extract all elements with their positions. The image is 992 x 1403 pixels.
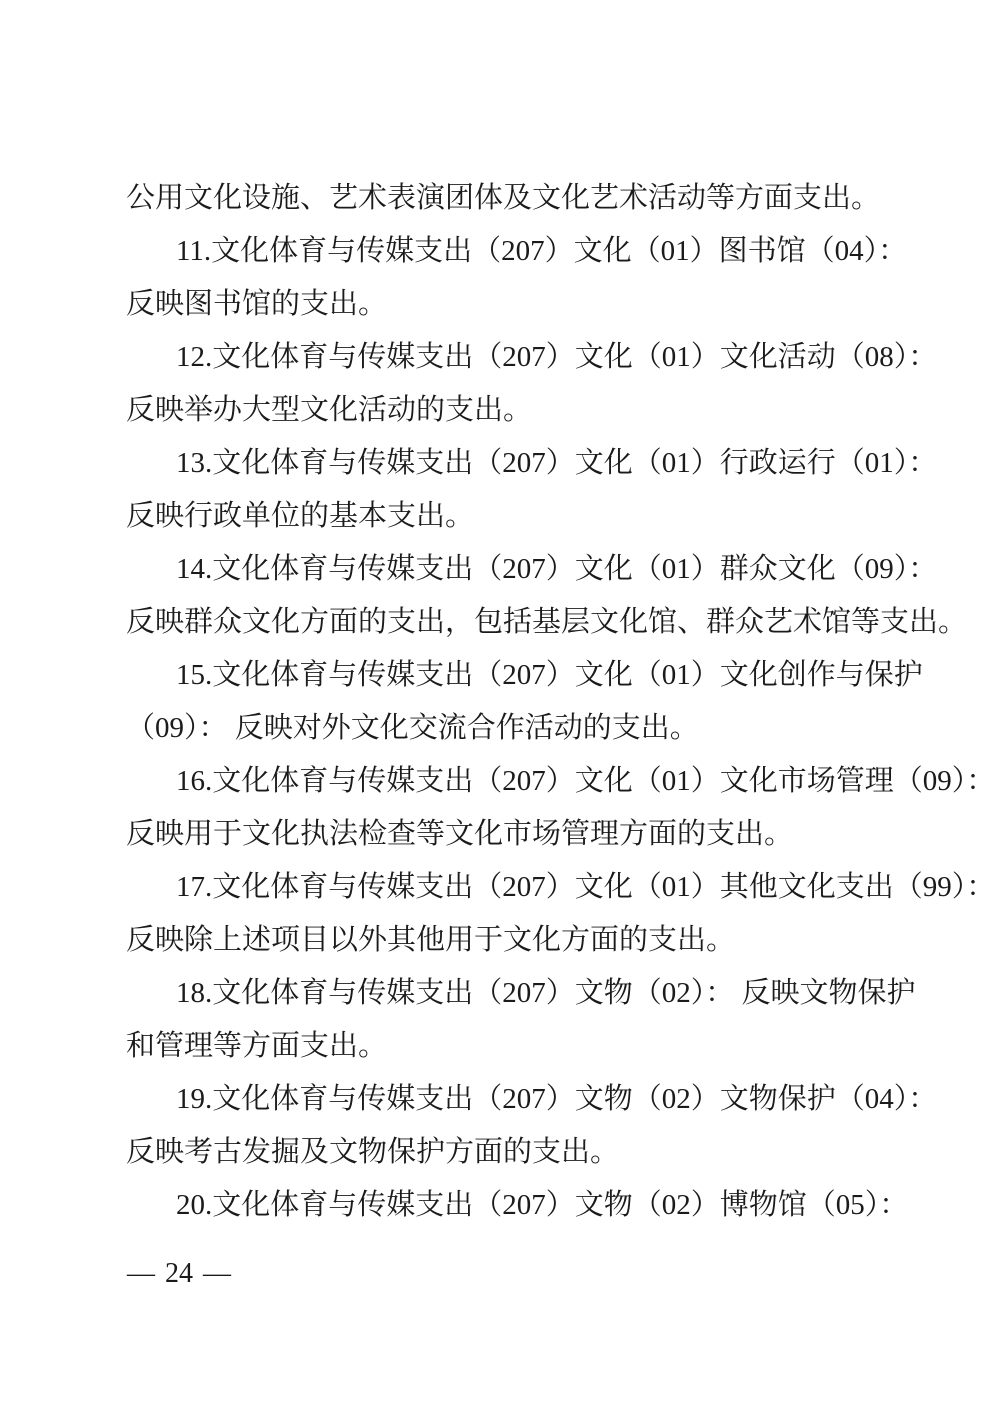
document-page: 公用文化设施、艺术表演团体及文化艺术活动等方面支出。11.文化体育与传媒支出（2…: [0, 0, 992, 1403]
text-line: 反映考古发掘及文物保护方面的支出。: [126, 1126, 898, 1179]
text-line: （09）： 反映对外文化交流合作活动的支出。: [126, 702, 898, 755]
text-line: 18.文化体育与传媒支出（207）文物（02）： 反映文物保护: [126, 967, 898, 1020]
text-line: 15.文化体育与传媒支出（207）文化（01）文化创作与保护: [126, 649, 898, 702]
text-line: 14.文化体育与传媒支出（207）文化（01）群众文化（09）：: [126, 543, 898, 596]
text-line: 反映举办大型文化活动的支出。: [126, 384, 898, 437]
text-line: 19.文化体育与传媒支出（207）文物（02）文物保护（04）：: [126, 1073, 898, 1126]
text-line: 公用文化设施、艺术表演团体及文化艺术活动等方面支出。: [126, 172, 898, 225]
page-footer: —24—: [127, 1254, 231, 1294]
text-line: 17.文化体育与传媒支出（207）文化（01）其他文化支出（99）：: [126, 861, 898, 914]
footer-dash-right: —: [203, 1258, 231, 1289]
text-line: 反映群众文化方面的支出，包括基层文化馆、群众艺术馆等支出。: [126, 596, 898, 649]
text-line: 11.文化体育与传媒支出（207）文化（01）图书馆（04）：: [126, 225, 898, 278]
document-lines: 公用文化设施、艺术表演团体及文化艺术活动等方面支出。11.文化体育与传媒支出（2…: [126, 172, 898, 1232]
text-line: 反映行政单位的基本支出。: [126, 490, 898, 543]
text-line: 12.文化体育与传媒支出（207）文化（01）文化活动（08）：: [126, 331, 898, 384]
footer-dash-left: —: [127, 1258, 155, 1289]
text-line: 13.文化体育与传媒支出（207）文化（01）行政运行（01）：: [126, 437, 898, 490]
page-number: 24: [165, 1258, 193, 1289]
text-line: 反映图书馆的支出。: [126, 278, 898, 331]
text-line: 16.文化体育与传媒支出（207）文化（01）文化市场管理（09）：: [126, 755, 898, 808]
text-line: 和管理等方面支出。: [126, 1020, 898, 1073]
text-line: 反映除上述项目以外其他用于文化方面的支出。: [126, 914, 898, 967]
text-line: 20.文化体育与传媒支出（207）文物（02）博物馆（05）：: [126, 1179, 898, 1232]
text-line: 反映用于文化执法检查等文化市场管理方面的支出。: [126, 808, 898, 861]
